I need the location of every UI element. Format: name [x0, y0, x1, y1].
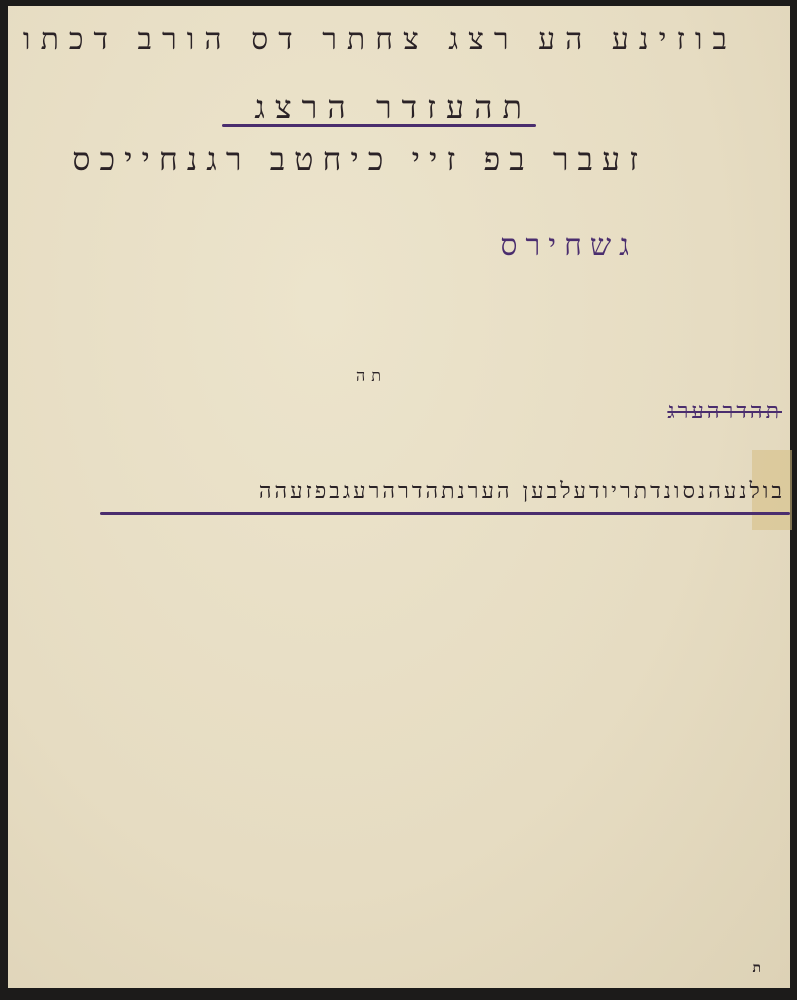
document-title: תהעזדר הרצג — [254, 88, 532, 126]
long-text-line: בולנעהנסונדתריודעלבען הערנתהדרהרעגבפזעהה — [259, 478, 785, 504]
title-underline — [222, 124, 536, 127]
page-mark: ת — [752, 960, 769, 977]
text-line-4: גשחירס — [500, 228, 637, 263]
heading-line: בוזינע הע רצג צחתר דס הורב דכתו — [23, 22, 737, 57]
perforated-edge — [8, 986, 790, 994]
small-mark: תה — [356, 366, 387, 386]
struck-signature: תהדרהערג — [667, 398, 782, 424]
text-line-3: זעבר בפ זיי כיחטב רגנחייכס — [72, 140, 647, 178]
long-line-underline — [100, 512, 790, 515]
